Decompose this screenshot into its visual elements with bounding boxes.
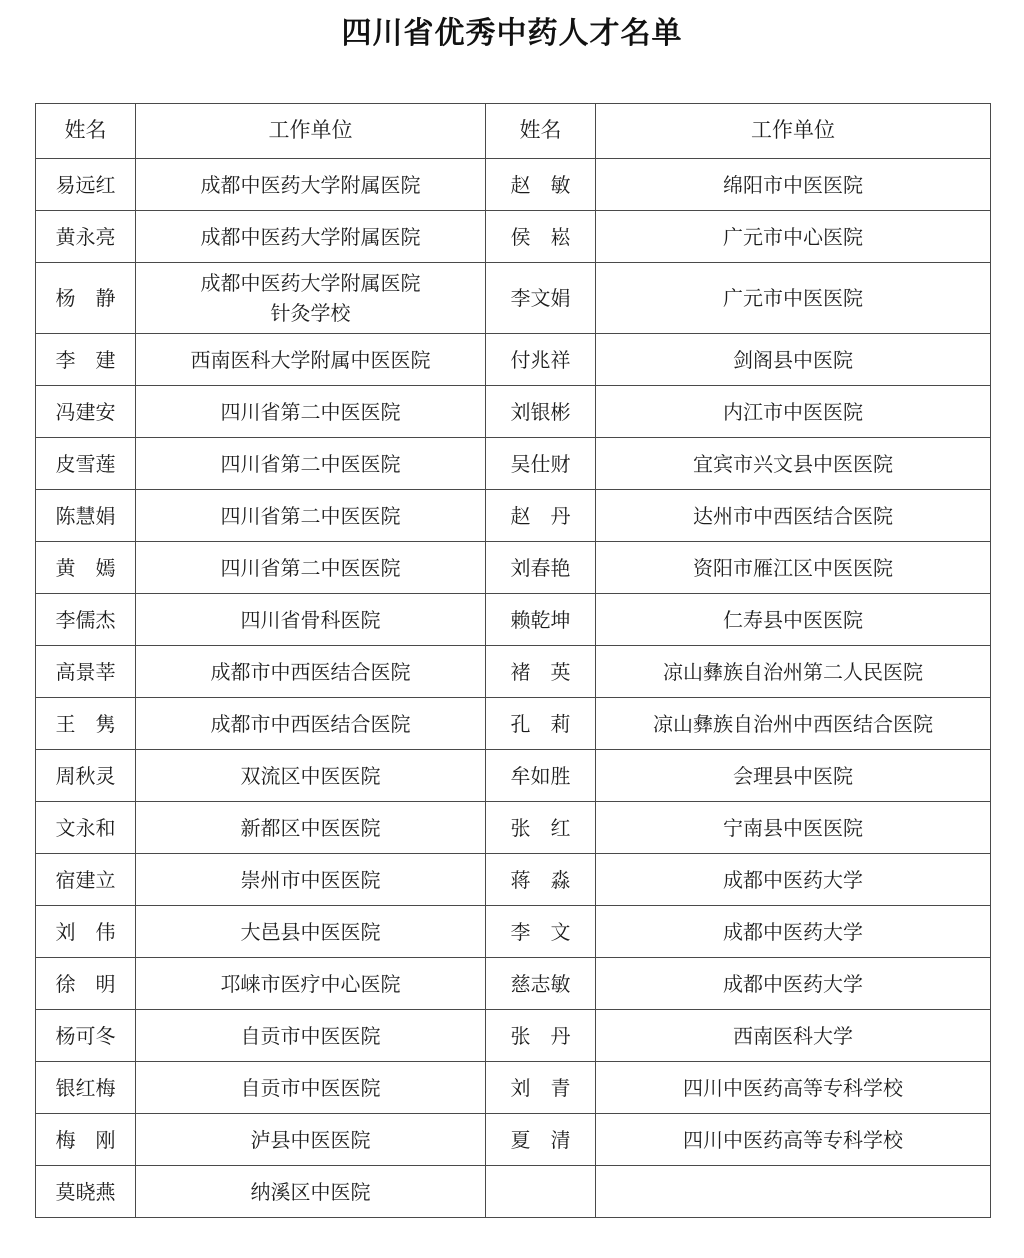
- talent-table-body: 易远红成都中医药大学附属医院赵 敏绵阳市中医医院黄永亮成都中医药大学附属医院侯 …: [36, 159, 991, 1218]
- name-cell: 侯 崧: [486, 211, 596, 263]
- name-cell: 梅 刚: [36, 1114, 136, 1166]
- unit-cell: 崇州市中医医院: [136, 854, 486, 906]
- name-cell: 银红梅: [36, 1062, 136, 1114]
- name-cell: 蒋 淼: [486, 854, 596, 906]
- unit-cell: 凉山彝族自治州第二人民医院: [596, 646, 991, 698]
- header-cell-name-right: 姓名: [486, 104, 596, 159]
- unit-cell: 广元市中心医院: [596, 211, 991, 263]
- unit-cell: 宁南县中医医院: [596, 802, 991, 854]
- name-cell: 赵 丹: [486, 490, 596, 542]
- name-cell: 吴仕财: [486, 438, 596, 490]
- unit-cell: 成都中医药大学附属医院: [136, 159, 486, 211]
- name-cell: 李儒杰: [36, 594, 136, 646]
- header-cell-unit-right: 工作单位: [596, 104, 991, 159]
- name-cell: 张 红: [486, 802, 596, 854]
- name-cell: 李 文: [486, 906, 596, 958]
- unit-cell: 内江市中医医院: [596, 386, 991, 438]
- table-row: 王 隽成都市中西医结合医院孔 莉凉山彝族自治州中西医结合医院: [36, 698, 991, 750]
- unit-cell: 成都中医药大学: [596, 958, 991, 1010]
- table-row: 皮雪莲四川省第二中医医院吴仕财宜宾市兴文县中医医院: [36, 438, 991, 490]
- name-cell: 刘 青: [486, 1062, 596, 1114]
- table-row: 梅 刚泸县中医医院夏 清四川中医药高等专科学校: [36, 1114, 991, 1166]
- table-row: 黄 嫣四川省第二中医医院刘春艳资阳市雁江区中医医院: [36, 542, 991, 594]
- name-cell: 李 建: [36, 334, 136, 386]
- name-cell: 刘 伟: [36, 906, 136, 958]
- table-row: 陈慧娟四川省第二中医医院赵 丹达州市中西医结合医院: [36, 490, 991, 542]
- table-row: 宿建立崇州市中医医院蒋 淼成都中医药大学: [36, 854, 991, 906]
- name-cell: 李文娟: [486, 263, 596, 334]
- unit-cell: 邛崃市医疗中心医院: [136, 958, 486, 1010]
- table-row: 冯建安四川省第二中医医院刘银彬内江市中医医院: [36, 386, 991, 438]
- name-cell: 刘春艳: [486, 542, 596, 594]
- unit-cell: 四川省第二中医医院: [136, 386, 486, 438]
- table-row: 银红梅自贡市中医医院刘 青四川中医药高等专科学校: [36, 1062, 991, 1114]
- unit-cell: 剑阁县中医院: [596, 334, 991, 386]
- name-cell: 莫晓燕: [36, 1166, 136, 1218]
- unit-cell: 大邑县中医医院: [136, 906, 486, 958]
- name-cell: 宿建立: [36, 854, 136, 906]
- unit-cell: 广元市中医医院: [596, 263, 991, 334]
- name-cell: 刘银彬: [486, 386, 596, 438]
- name-cell: 赵 敏: [486, 159, 596, 211]
- name-cell: 周秋灵: [36, 750, 136, 802]
- table-row: 杨 静成都中医药大学附属医院 针灸学校李文娟广元市中医医院: [36, 263, 991, 334]
- name-cell: 杨 静: [36, 263, 136, 334]
- table-row: 易远红成都中医药大学附属医院赵 敏绵阳市中医医院: [36, 159, 991, 211]
- unit-cell: 四川省第二中医医院: [136, 490, 486, 542]
- name-cell: 徐 明: [36, 958, 136, 1010]
- unit-cell: 宜宾市兴文县中医医院: [596, 438, 991, 490]
- name-cell: 文永和: [36, 802, 136, 854]
- unit-cell: 资阳市雁江区中医医院: [596, 542, 991, 594]
- unit-cell: 成都市中西医结合医院: [136, 646, 486, 698]
- unit-cell: 自贡市中医医院: [136, 1062, 486, 1114]
- unit-cell: 四川中医药高等专科学校: [596, 1062, 991, 1114]
- table-row: 高景莘成都市中西医结合医院褚 英凉山彝族自治州第二人民医院: [36, 646, 991, 698]
- unit-cell: 成都中医药大学附属医院: [136, 211, 486, 263]
- unit-cell: 新都区中医医院: [136, 802, 486, 854]
- name-cell: 孔 莉: [486, 698, 596, 750]
- unit-cell: 四川中医药高等专科学校: [596, 1114, 991, 1166]
- unit-cell: 双流区中医医院: [136, 750, 486, 802]
- unit-cell: 四川省第二中医医院: [136, 438, 486, 490]
- unit-cell: 纳溪区中医院: [136, 1166, 486, 1218]
- table-row: 周秋灵双流区中医医院牟如胜会理县中医院: [36, 750, 991, 802]
- unit-cell: 成都市中西医结合医院: [136, 698, 486, 750]
- name-cell: 冯建安: [36, 386, 136, 438]
- name-cell: 付兆祥: [486, 334, 596, 386]
- page-title: 四川省优秀中药人才名单: [0, 8, 1024, 52]
- name-cell: 张 丹: [486, 1010, 596, 1062]
- unit-cell: 四川省骨科医院: [136, 594, 486, 646]
- table-row: 文永和新都区中医医院张 红宁南县中医医院: [36, 802, 991, 854]
- name-cell: 褚 英: [486, 646, 596, 698]
- name-cell: 赖乾坤: [486, 594, 596, 646]
- name-cell: 黄永亮: [36, 211, 136, 263]
- unit-cell: [596, 1166, 991, 1218]
- unit-cell: 西南医科大学: [596, 1010, 991, 1062]
- table-header-row: 姓名 工作单位 姓名 工作单位: [36, 104, 991, 159]
- unit-cell: 达州市中西医结合医院: [596, 490, 991, 542]
- header-cell-unit-left: 工作单位: [136, 104, 486, 159]
- unit-cell: 西南医科大学附属中医医院: [136, 334, 486, 386]
- unit-cell: 成都中医药大学: [596, 854, 991, 906]
- name-cell: 牟如胜: [486, 750, 596, 802]
- unit-cell: 仁寿县中医医院: [596, 594, 991, 646]
- talent-table: 姓名 工作单位 姓名 工作单位 易远红成都中医药大学附属医院赵 敏绵阳市中医医院…: [35, 103, 991, 1218]
- table-row: 李 建西南医科大学附属中医医院付兆祥剑阁县中医院: [36, 334, 991, 386]
- table-row: 徐 明邛崃市医疗中心医院慈志敏成都中医药大学: [36, 958, 991, 1010]
- name-cell: 皮雪莲: [36, 438, 136, 490]
- unit-cell: 成都中医药大学附属医院 针灸学校: [136, 263, 486, 334]
- talent-table-container: 姓名 工作单位 姓名 工作单位 易远红成都中医药大学附属医院赵 敏绵阳市中医医院…: [35, 103, 991, 1218]
- name-cell: 高景莘: [36, 646, 136, 698]
- name-cell: [486, 1166, 596, 1218]
- name-cell: 易远红: [36, 159, 136, 211]
- unit-cell: 自贡市中医医院: [136, 1010, 486, 1062]
- name-cell: 慈志敏: [486, 958, 596, 1010]
- unit-cell: 泸县中医医院: [136, 1114, 486, 1166]
- table-row: 莫晓燕纳溪区中医院: [36, 1166, 991, 1218]
- name-cell: 黄 嫣: [36, 542, 136, 594]
- table-row: 杨可冬自贡市中医医院张 丹西南医科大学: [36, 1010, 991, 1062]
- table-row: 黄永亮成都中医药大学附属医院侯 崧广元市中心医院: [36, 211, 991, 263]
- name-cell: 陈慧娟: [36, 490, 136, 542]
- table-row: 刘 伟大邑县中医医院李 文成都中医药大学: [36, 906, 991, 958]
- table-row: 李儒杰四川省骨科医院赖乾坤仁寿县中医医院: [36, 594, 991, 646]
- document-page: 四川省优秀中药人才名单 姓名 工作单位 姓名 工作单位 易远红成都中医药大学附属…: [0, 0, 1024, 1258]
- name-cell: 王 隽: [36, 698, 136, 750]
- unit-cell: 会理县中医院: [596, 750, 991, 802]
- unit-cell: 绵阳市中医医院: [596, 159, 991, 211]
- unit-cell: 四川省第二中医医院: [136, 542, 486, 594]
- name-cell: 夏 清: [486, 1114, 596, 1166]
- unit-cell: 凉山彝族自治州中西医结合医院: [596, 698, 991, 750]
- name-cell: 杨可冬: [36, 1010, 136, 1062]
- unit-cell: 成都中医药大学: [596, 906, 991, 958]
- header-cell-name-left: 姓名: [36, 104, 136, 159]
